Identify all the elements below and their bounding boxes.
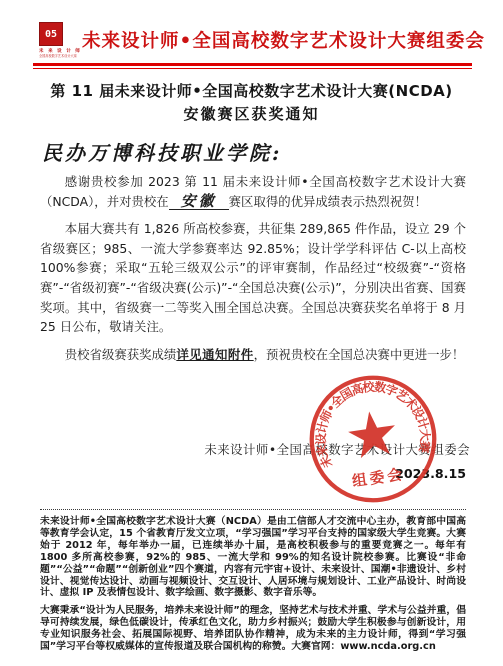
header-rule-thin xyxy=(33,68,472,69)
footer-about: 未来设计师•全国高校数字艺术设计大赛（NCDA）是由工信部人才交流中心主办，教育… xyxy=(40,516,466,659)
logo-mark-icon: 05 xyxy=(39,22,63,46)
header-rule-thick xyxy=(33,63,472,66)
organizing-committee-title: 未来设计师•全国高校数字艺术设计大赛组委会 xyxy=(82,27,472,53)
region-name-filled: 安徽 xyxy=(169,194,229,210)
paragraph-attachment-note: 贵校省级赛获奖成绩详见通知附件，预祝贵校在全国总决赛中更进一步！ xyxy=(40,345,466,365)
notice-body: 感谢贵校参加 2023 第 11 届未来设计师•全国高校数字艺术设计大赛（NCD… xyxy=(40,172,466,372)
logo-name-text: 未 来 设 计 师 xyxy=(39,48,83,54)
document-title: 第 11 届未来设计师•全国高校数字艺术设计大赛(NCDA) 安徽赛区获奖通知 xyxy=(0,80,503,126)
seal-bottom-text: 组委会 xyxy=(351,465,406,490)
recipient-school-name: 民办万博科技职业学院: xyxy=(42,137,282,166)
document-title-line2: 安徽赛区获奖通知 xyxy=(0,102,503,126)
official-seal-stamp: 未来设计师•全国高校数字艺术设计大赛 组委会 xyxy=(297,363,448,514)
competition-logo: 05 未 来 设 计 师 全国高校数字艺术设计大赛 xyxy=(39,22,83,59)
document-title-line1: 第 11 届未来设计师•全国高校数字艺术设计大赛(NCDA) xyxy=(0,80,503,102)
paragraph-competition-stats: 本届大赛共有 1,826 所高校参赛，共征集 289,865 件作品，设立 29… xyxy=(40,219,466,337)
notice-document: 05 未 来 设 计 师 全国高校数字艺术设计大赛 未来设计师•全国高校数字艺术… xyxy=(0,0,503,666)
see-attachment-emphasis: 详见通知附件 xyxy=(176,347,253,362)
seal-star-icon xyxy=(346,408,399,459)
paragraph-congratulations: 感谢贵校参加 2023 第 11 届未来设计师•全国高校数字艺术设计大赛（NCD… xyxy=(40,172,466,211)
footer-divider xyxy=(40,509,466,510)
footer-paragraph-about-competition: 未来设计师•全国高校数字艺术设计大赛（NCDA）是由工信部人才交流中心主办，教育… xyxy=(40,516,466,599)
logo-subtitle-text: 全国高校数字艺术设计大赛 xyxy=(39,54,79,59)
para1-text-after: 赛区取得的优异成绩表示热烈祝贺！ xyxy=(229,194,427,209)
footer-paragraph-mission: 大赛秉承“设计为人民服务，培养未来设计师”的理念，坚持艺术与技术并重、学术与公益… xyxy=(40,605,466,653)
para3-text-after: ，预祝贵校在全国总决赛中更进一步！ xyxy=(254,347,465,362)
para3-text-before: 贵校省级赛获奖成绩 xyxy=(65,347,177,362)
